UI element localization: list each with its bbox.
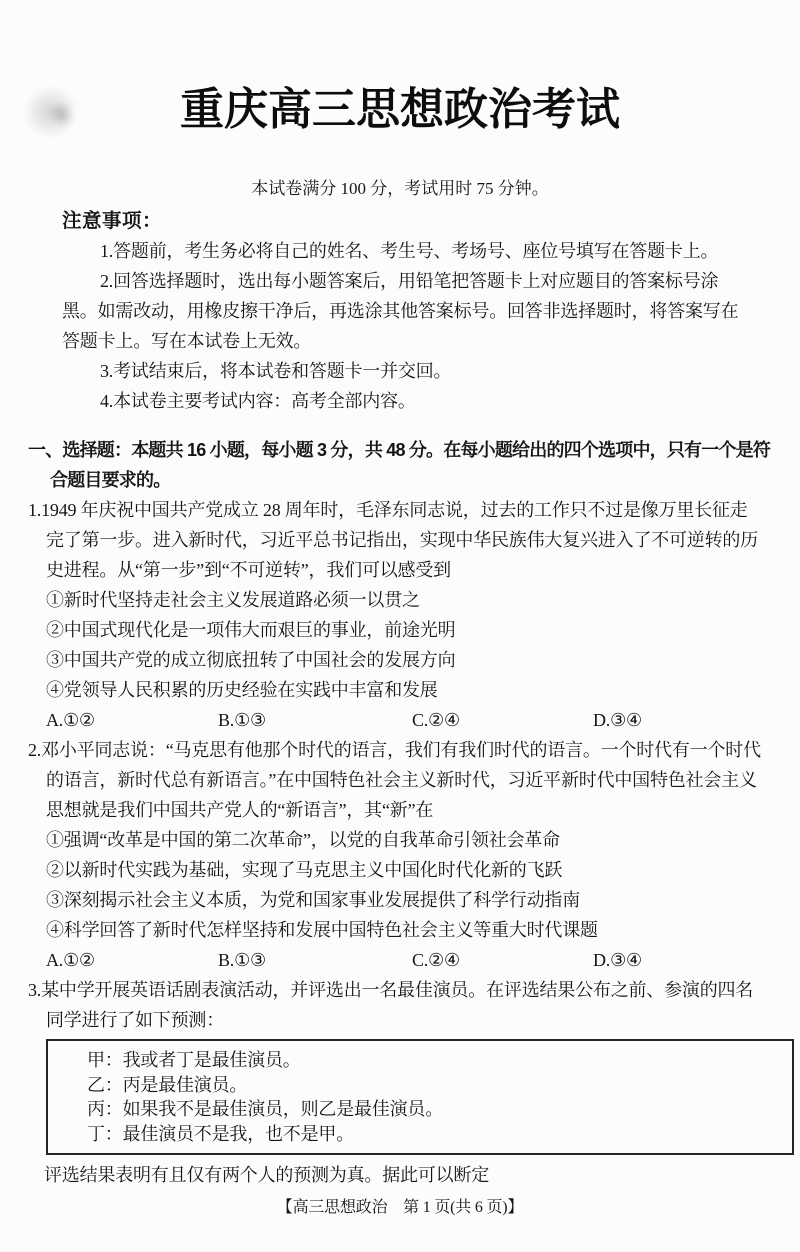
choices-row: A.①② B.①③ C.②④ D.③④: [28, 705, 788, 735]
page-title: 重庆高三思想政治考试: [0, 84, 800, 136]
exam-paper-page: 重庆高三思想政治考试 本试卷满分 100 分，考试用时 75 分钟。 注意事项：…: [0, 0, 800, 1252]
question-stem-line: 思想就是我们中国共产党人的“新语言”，其“新”在: [46, 795, 788, 825]
choice-b: B.①③: [218, 705, 266, 735]
statement-line: ③中国共产党的成立彻底扭转了中国社会的发展方向: [46, 645, 788, 675]
choice-c: C.②④: [412, 705, 460, 735]
exam-meta-line: 本试卷满分 100 分，考试用时 75 分钟。: [0, 176, 800, 202]
statement-line: ②以新时代实践为基础，实现了马克思主义中国化时代化新的飞跃: [46, 855, 788, 885]
statement-line: ③深刻揭示社会主义本质，为党和国家事业发展提供了科学行动指南: [46, 885, 788, 915]
notice-line: 1.答题前，考生务必将自己的姓名、考生号、考场号、座位号填写在答题卡上。: [100, 236, 772, 266]
section-heading: 一、选择题：本题共 16 小题，每小题 3 分，共 48 分。在每小题给出的四个…: [28, 435, 788, 495]
choice-c: C.②④: [412, 945, 460, 975]
notice-line: 黑。如需改动，用橡皮擦干净后，再选涂其他答案标号。回答非选择题时，将答案写在: [62, 296, 772, 326]
question-stem-line: 史进程。从“第一步”到“不可逆转”，我们可以感受到: [46, 555, 788, 585]
choices-row: A.①② B.①③ C.②④ D.③④: [28, 945, 788, 975]
prediction-line: 甲：我或者丁是最佳演员。: [87, 1048, 792, 1073]
statement-line: ④党领导人民积累的历史经验在实践中丰富和发展: [46, 675, 788, 705]
notice-section: 注意事项： 1.答题前，考生务必将自己的姓名、考生号、考场号、座位号填写在答题卡…: [62, 206, 772, 416]
question-stem-line: 的语言，新时代总有新语言。”在中国特色社会主义新时代，习近平新时代中国特色社会主…: [46, 765, 788, 795]
question-stem-line: 1.1949 年庆祝中国共产党成立 28 周年时，毛泽东同志说，过去的工作只不过…: [28, 495, 788, 525]
question-2: 2.邓小平同志说：“马克思有他那个时代的语言，我们有我们时代的语言。一个时代有一…: [28, 735, 788, 975]
statement-line: ④科学回答了新时代怎样坚持和发展中国特色社会主义等重大时代课题: [46, 915, 788, 945]
page-footer: 【高三思想政治 第 1 页(共 6 页)】: [0, 1196, 800, 1220]
question-3-conclusion: 评选结果表明有且仅有两个人的预测为真。据此可以断定: [44, 1160, 489, 1190]
notice-line: 2.回答选择题时，选出每小题答案后，用铅笔把答题卡上对应题目的答案标号涂: [100, 266, 772, 296]
choice-d: D.③④: [593, 705, 642, 735]
prediction-box: 甲：我或者丁是最佳演员。 乙：丙是最佳演员。 丙：如果我不是最佳演员，则乙是最佳…: [46, 1039, 794, 1155]
statement-line: ①新时代坚持走社会主义发展道路必须一以贯之: [46, 585, 788, 615]
choice-d: D.③④: [593, 945, 642, 975]
notice-line: 答题卡上。写在本试卷上无效。: [62, 326, 772, 356]
question-stem-line: 3.某中学开展英语话剧表演活动，并评选出一名最佳演员。在评选结果公布之前、参演的…: [28, 975, 788, 1005]
choice-a: A.①②: [46, 705, 95, 735]
question-stem-line: 同学进行了如下预测：: [46, 1005, 788, 1035]
choice-b: B.①③: [218, 945, 266, 975]
notice-heading: 注意事项：: [62, 206, 772, 236]
question-stem-line: 完了第一步。进入新时代，习近平总书记指出，实现中华民族伟大复兴进入了不可逆转的历: [46, 525, 788, 555]
prediction-line: 乙：丙是最佳演员。: [87, 1073, 792, 1098]
statement-line: ②中国式现代化是一项伟大而艰巨的事业，前途光明: [46, 615, 788, 645]
section-heading-line: 合题目要求的。: [50, 465, 788, 495]
prediction-line: 丁：最佳演员不是我，也不是甲。: [87, 1122, 792, 1147]
section-heading-line: 一、选择题：本题共 16 小题，每小题 3 分，共 48 分。在每小题给出的四个…: [28, 435, 788, 465]
choice-a: A.①②: [46, 945, 95, 975]
notice-line: 4.本试卷主要考试内容：高考全部内容。: [100, 386, 772, 416]
prediction-line: 丙：如果我不是最佳演员，则乙是最佳演员。: [87, 1097, 792, 1122]
statement-line: ①强调“改革是中国的第二次革命”，以党的自我革命引领社会革命: [46, 825, 788, 855]
question-3: 3.某中学开展英语话剧表演活动，并评选出一名最佳演员。在评选结果公布之前、参演的…: [28, 975, 788, 1035]
question-stem-line: 2.邓小平同志说：“马克思有他那个时代的语言，我们有我们时代的语言。一个时代有一…: [28, 735, 788, 765]
notice-line: 3.考试结束后，将本试卷和答题卡一并交回。: [100, 356, 772, 386]
question-1: 1.1949 年庆祝中国共产党成立 28 周年时，毛泽东同志说，过去的工作只不过…: [28, 495, 788, 735]
